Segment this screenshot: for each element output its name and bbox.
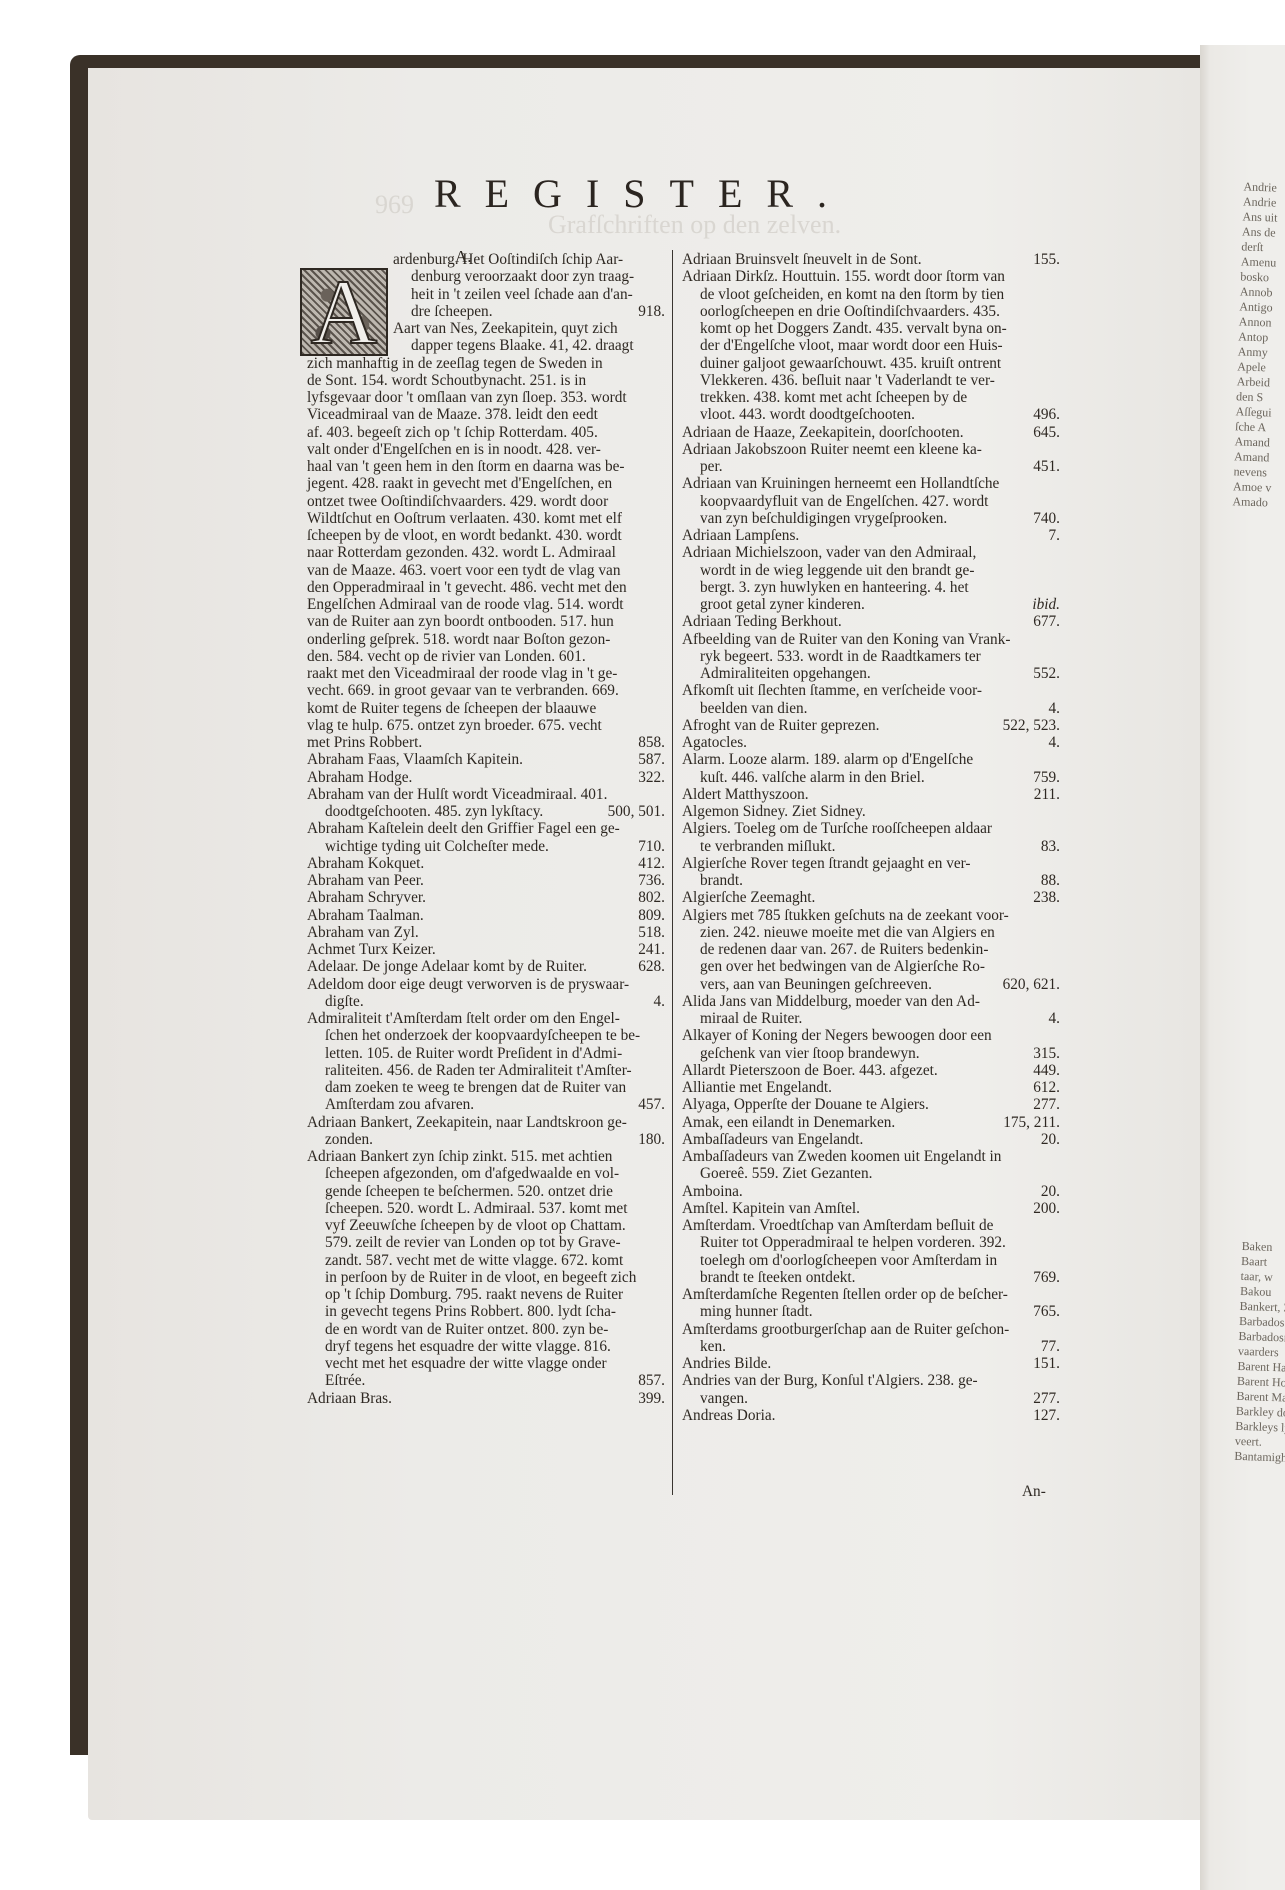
index-entry-line: per.451.: [682, 458, 1060, 475]
page-reference: 457.: [638, 1096, 665, 1113]
page-reference: 180.: [638, 1131, 665, 1148]
entry-text: valt onder d'Engelſchen en is in noodt. …: [307, 441, 601, 458]
entry-text: gen over het bedwingen van de Algierſche…: [700, 958, 985, 975]
page-reference: 451.: [1033, 458, 1060, 475]
entry-text: komt de Ruiter tegens de ſcheepen der bl…: [307, 700, 596, 717]
facing-page-line: Annob: [1240, 284, 1279, 300]
index-entry-line: brandt te ſteeken ontdekt.769.: [682, 1269, 1060, 1286]
entry-text: Agatocles.: [682, 734, 747, 751]
entry-text: ken.: [700, 1338, 726, 1355]
index-entry-heading-line: Aldert Matthyszoon.211.: [682, 786, 1060, 803]
page-reference: ibid.: [1032, 596, 1060, 613]
right-column: Adriaan Bruinsvelt ſneuvelt in de Sont.1…: [682, 251, 1060, 1424]
entry-text: Viceadmiraal van de Maaze. 378. leidt de…: [307, 406, 598, 423]
left-column: ardenburg. Het Ooſtindiſch ſchip Aar-den…: [307, 251, 665, 1407]
entry-text: Alida Jans van Middelburg, moeder van de…: [682, 993, 980, 1010]
entry-text: Afbeelding van de Ruiter van den Koning …: [682, 631, 1010, 648]
entry-text: Adriaan Teding Berkhout.: [682, 613, 842, 630]
index-entry-line: trekken. 438. komt met acht ſcheepen by …: [682, 389, 1060, 406]
page-reference: 645.: [1033, 424, 1060, 441]
page-reference: 449.: [1033, 1062, 1060, 1079]
entry-text: Vlekkeren. 436. beſluit naar 't Vaderlan…: [700, 372, 995, 389]
entry-text: Algemon Sidney. Ziet Sidney.: [682, 803, 866, 820]
index-entry-heading-line: Adelaar. De jonge Adelaar komt by de Rui…: [307, 958, 665, 975]
page-reference: 918.: [638, 303, 665, 320]
facing-page-line: Anmy: [1237, 344, 1276, 360]
entry-text: brandt.: [700, 872, 743, 889]
index-entry-heading-line: Admiraliteit t'Amſterdam ſtelt order om …: [307, 1010, 665, 1027]
entry-text: vecht. 669. in groot gevaar van te verbr…: [307, 682, 619, 699]
index-entry-line: zandt. 587. vecht met de witte vlagge. 6…: [307, 1252, 665, 1269]
facing-page-line: Antigo: [1239, 299, 1278, 315]
page-reference: 522, 523.: [1003, 717, 1060, 734]
entry-text: naar Rotterdam gezonden. 432. wordt L. A…: [307, 544, 616, 561]
index-entry-line: de vloot geſcheiden, en komt na den ſtor…: [682, 286, 1060, 303]
index-entry-heading-line: Alyaga, Opperſte der Douane te Algiers.2…: [682, 1096, 1060, 1113]
entry-text: raakt met den Viceadmiraal der roode vla…: [307, 665, 617, 682]
index-entry-line: ſchen het onderzoek der koopvaardyſcheep…: [307, 1027, 665, 1044]
facing-page-line: nevens: [1233, 464, 1272, 480]
entry-text: toelegh om d'oorlogſcheepen voor Amſterd…: [700, 1252, 997, 1269]
entry-text: Alliantie met Engelandt.: [682, 1079, 832, 1096]
index-entry-heading-line: Adriaan Dirkſz. Houttuin. 155. wordt doo…: [682, 268, 1060, 285]
entry-text: van de Maaze. 463. voert voor een tydt d…: [307, 562, 620, 579]
entry-text: Andries van der Burg, Konſul t'Algiers. …: [682, 1372, 978, 1389]
entry-text: Amſterdam zou afvaren.: [325, 1096, 474, 1113]
entry-text: Aldert Matthyszoon.: [682, 786, 809, 803]
page-reference: 765.: [1033, 1303, 1060, 1320]
index-entry-line: jegent. 428. raakt in gevecht met d'Enge…: [307, 475, 665, 492]
entry-text: vloot. 443. wordt doodtgeſchooten.: [700, 406, 915, 423]
index-entry-line: in gevecht tegens Prins Robbert. 800. ly…: [307, 1303, 665, 1320]
index-entry-line: van de Maaze. 463. voert voor een tydt d…: [307, 562, 665, 579]
index-entry-heading-line: Amſterdam. Vroedtſchap van Amſterdam beſ…: [682, 1217, 1060, 1234]
index-entry-line: de redenen daar van. 267. de Ruiters bed…: [682, 941, 1060, 958]
entry-text: gende ſcheepen te beſchermen. 520. ontze…: [325, 1183, 613, 1200]
page-reference: 518.: [638, 924, 665, 941]
index-entry-heading-line: Amſtel. Kapitein van Amſtel.200.: [682, 1200, 1060, 1217]
entry-text: de Sont. 154. wordt Schoutbynacht. 251. …: [307, 372, 586, 389]
entry-text: Adriaan Bruinsvelt ſneuvelt in de Sont.: [682, 251, 922, 268]
entry-text: Andreas Doria.: [682, 1407, 775, 1424]
index-entry-line: vloot. 443. wordt doodtgeſchooten.496.: [682, 406, 1060, 423]
entry-text: dapper tegens Blaake. 41, 42. draagt: [411, 337, 634, 354]
index-entry-line: toelegh om d'oorlogſcheepen voor Amſterd…: [682, 1252, 1060, 1269]
index-entry-line: van de Ruiter aan zyn boordt ontbooden. …: [307, 613, 665, 630]
index-entry-line: vangen.277.: [682, 1390, 1060, 1407]
index-entry-line: gende ſcheepen te beſchermen. 520. ontze…: [307, 1183, 665, 1200]
page-reference: 151.: [1033, 1355, 1060, 1372]
page-reference: 628.: [638, 958, 665, 975]
page-reference: 4.: [654, 993, 665, 1010]
entry-text: Engelſchen Admiraal van de roode vlag. 5…: [307, 596, 623, 613]
index-entry-heading-line: Afbeelding van de Ruiter van den Koning …: [682, 631, 1060, 648]
entry-text: in perſoon by de Ruiter in de vloot, en …: [325, 1269, 636, 1286]
page-reference: 277.: [1033, 1390, 1060, 1407]
facing-page-text-bottom: BakenBaarttaar, wBakouBankert, ZBarbados…: [1234, 1239, 1285, 1466]
entry-text: geſchenk van vier ſtoop brandewyn.: [700, 1045, 920, 1062]
index-entry-heading-line: Alliantie met Engelandt.612.: [682, 1079, 1060, 1096]
entry-text: ryk begeert. 533. wordt in de Raadtkamer…: [700, 648, 981, 665]
entry-text: den. 584. vecht op de rivier van Londen.…: [307, 648, 586, 665]
index-entry-heading-line: Amſterdamſche Regenten ſtellen order op …: [682, 1286, 1060, 1303]
page-reference: 322.: [638, 769, 665, 786]
entry-text: de en wordt van de Ruiter ontzet. 800. z…: [325, 1321, 608, 1338]
entry-text: Allardt Pieterszoon de Boer. 443. afgeze…: [682, 1062, 938, 1079]
index-entry-line: Vlekkeren. 436. beſluit naar 't Vaderlan…: [682, 372, 1060, 389]
page-reference: 20.: [1041, 1131, 1060, 1148]
page-reference: 587.: [638, 751, 665, 768]
index-entry-line: Goereê. 559. Ziet Gezanten.: [682, 1165, 1060, 1182]
index-entry-line: denburg veroorzaakt door zyn traag-: [307, 268, 665, 285]
page-reference: 315.: [1033, 1045, 1060, 1062]
entry-text: doodtgeſchooten. 485. zyn lykſtacy.: [325, 803, 543, 820]
facing-page-line: Annon: [1239, 314, 1278, 330]
index-entry-line: brandt.88.: [682, 872, 1060, 889]
entry-text: Afroght van de Ruiter geprezen.: [682, 717, 880, 734]
entry-text: komt op het Doggers Zandt. 435. vervalt …: [700, 320, 1007, 337]
entry-text: letten. 105. de Ruiter wordt Preſident i…: [325, 1045, 622, 1062]
index-entry-line: onderling geſprek. 518. wordt naar Boſto…: [307, 631, 665, 648]
index-entry-heading-line: Adriaan Bankert zyn ſchip zinkt. 515. me…: [307, 1148, 665, 1165]
entry-text: digſte.: [325, 993, 364, 1010]
entry-text: zandt. 587. vecht met de witte vlagge. 6…: [325, 1252, 623, 1269]
entry-text: Alyaga, Opperſte der Douane te Algiers.: [682, 1096, 929, 1113]
entry-text: Abraham Hodge.: [307, 769, 412, 786]
index-entry-heading-line: Alkayer of Koning der Negers bewoogen do…: [682, 1027, 1060, 1044]
index-entry-line: komt op het Doggers Zandt. 435. vervalt …: [682, 320, 1060, 337]
index-entry-heading-line: Algierſche Rover tegen ſtrandt gejaaght …: [682, 855, 1060, 872]
entry-text: zich manhaftig in de zeeſlag tegen de Sw…: [307, 355, 603, 372]
index-entry-line: ming hunner ſtadt.765.: [682, 1303, 1060, 1320]
entry-text: Ruiter tot Opperadmiraal te helpen vorde…: [700, 1234, 1006, 1251]
index-entry-line: vlag te hulp. 675. ontzet zyn broeder. 6…: [307, 717, 665, 734]
page-reference: 809.: [638, 907, 665, 924]
index-entry-line: wordt in de wieg leggende uit den brandt…: [682, 562, 1060, 579]
entry-text: Adriaan Bankert, Zeekapitein, naar Landt…: [307, 1114, 627, 1131]
page-reference: 7.: [1049, 527, 1060, 544]
entry-text: vecht met het esquadre der witte vlagge …: [325, 1355, 607, 1372]
entry-text: Amſterdams grootburgerſchap aan de Ruite…: [682, 1321, 1009, 1338]
entry-text: Adelaar. De jonge Adelaar komt by de Rui…: [307, 958, 587, 975]
index-entry-line: letten. 105. de Ruiter wordt Preſident i…: [307, 1045, 665, 1062]
entry-text: Adriaan van Kruiningen herneemt een Holl…: [682, 475, 999, 492]
entry-text: Adriaan Dirkſz. Houttuin. 155. wordt doo…: [682, 268, 1005, 285]
index-entry-line: de Sont. 154. wordt Schoutbynacht. 251. …: [307, 372, 665, 389]
index-entry-line: groot getal zyner kinderen.ibid.: [682, 596, 1060, 613]
index-entry-heading-line: Andries Bilde.151.: [682, 1355, 1060, 1372]
index-entry-heading-line: Amſterdams grootburgerſchap aan de Ruite…: [682, 1321, 1060, 1338]
entry-text: den Opperadmiraal in 't gevecht. 486. ve…: [307, 579, 627, 596]
index-entry-heading-line: Allardt Pieterszoon de Boer. 443. afgeze…: [682, 1062, 1060, 1079]
index-entry-line: ontzet twee Ooſtindiſchvaarders. 429. wo…: [307, 493, 665, 510]
entry-text: Admiraliteiten opgehangen.: [700, 665, 871, 682]
entry-text: Adriaan Bras.: [307, 1390, 392, 1407]
page-reference: 769.: [1033, 1269, 1060, 1286]
facing-page-line: ſche A: [1235, 419, 1274, 435]
index-entry-line: de en wordt van de Ruiter ontzet. 800. z…: [307, 1321, 665, 1338]
entry-text: denburg veroorzaakt door zyn traag-: [411, 268, 634, 285]
entry-text: Abraham van Peer.: [307, 872, 424, 889]
entry-text: Amſterdamſche Regenten ſtellen order op …: [682, 1286, 1008, 1303]
entry-text: de vloot geſcheiden, en komt na den ſtor…: [700, 286, 1004, 303]
entry-text: op 't ſchip Domburg. 795. raakt nevens d…: [325, 1286, 623, 1303]
page-reference: 500, 501.: [608, 803, 665, 820]
facing-page-line: den S: [1236, 389, 1275, 405]
index-entry-heading-line: Adriaan Michielszoon, vader van den Admi…: [682, 544, 1060, 561]
index-entry-line: haal van 't geen hem in den ſtorm en daa…: [307, 458, 665, 475]
index-entry-heading-line: Agatocles.4.: [682, 734, 1060, 751]
entry-text: ontzet twee Ooſtindiſchvaarders. 429. wo…: [307, 493, 608, 510]
facing-page-line: Apele: [1237, 359, 1276, 375]
index-entry-heading-line: Ambaſſadeurs van Zweden koomen uit Engel…: [682, 1148, 1060, 1165]
entry-text: Algierſche Zeemaght.: [682, 889, 815, 906]
index-entry-heading-line: Abraham van der Hulſt wordt Viceadmiraal…: [307, 786, 665, 803]
entry-text: Abraham van Zyl.: [307, 924, 419, 941]
index-entry-line: af. 403. begeeſt zich op 't ſchip Rotter…: [307, 424, 665, 441]
index-entry-heading-line: Algierſche Zeemaght.238.: [682, 889, 1060, 906]
entry-text: vlag te hulp. 675. ontzet zyn broeder. 6…: [307, 717, 602, 734]
index-entry-line: dapper tegens Blaake. 41, 42. draagt: [307, 337, 665, 354]
page-reference: 677.: [1033, 613, 1060, 630]
index-entry-line: naar Rotterdam gezonden. 432. wordt L. A…: [307, 544, 665, 561]
index-entry-heading-line: Abraham Kokquet.412.: [307, 855, 665, 872]
page-reference: 77.: [1041, 1338, 1060, 1355]
index-entry-line: ſcheepen by de vloot, en wordt bedankt. …: [307, 527, 665, 544]
index-entry-line: digſte.4.: [307, 993, 665, 1010]
index-entry-heading-line: Andreas Doria.127.: [682, 1407, 1060, 1424]
page-reference: 857.: [638, 1372, 665, 1389]
facing-page-line: Amand: [1234, 449, 1273, 465]
entry-text: af. 403. begeeſt zich op 't ſchip Rotter…: [307, 424, 598, 441]
index-entry-heading-line: Adriaan Bras.399.: [307, 1390, 665, 1407]
entry-text: brandt te ſteeken ontdekt.: [700, 1269, 855, 1286]
index-entry-line: koopvaardyfluit van de Engelſchen. 427. …: [682, 493, 1060, 510]
facing-page-line: Amand: [1234, 434, 1273, 450]
index-entry-line: raliteiten. 456. de Raden ter Admiralite…: [307, 1062, 665, 1079]
entry-text: Adeldom door eige deugt verworven is de …: [307, 976, 629, 993]
facing-page-line: Amenu: [1241, 254, 1280, 270]
page-reference: 858.: [638, 734, 665, 751]
index-entry-line: beelden van dien.4.: [682, 700, 1060, 717]
entry-text: ſcheepen afgezonden, om d'afgedwaalde en…: [325, 1165, 619, 1182]
page-reference: 802.: [638, 889, 665, 906]
page-reference: 612.: [1033, 1079, 1060, 1096]
entry-text: 579. zeilt de revier van Londen op tot b…: [325, 1234, 621, 1251]
index-entry-line: Engelſchen Admiraal van de roode vlag. 5…: [307, 596, 665, 613]
entry-text: Abraham van der Hulſt wordt Viceadmiraal…: [307, 786, 607, 803]
page-reference: 155.: [1033, 251, 1060, 268]
entry-text: Alkayer of Koning der Negers bewoogen do…: [682, 1027, 992, 1044]
entry-text: groot getal zyner kinderen.: [700, 596, 865, 613]
entry-text: Adriaan Lampſens.: [682, 527, 799, 544]
index-entry-line: doodtgeſchooten. 485. zyn lykſtacy.500, …: [307, 803, 665, 820]
entry-text: Afkomſt uit ſlechten ſtamme, en verſchei…: [682, 682, 982, 699]
entry-text: bergt. 3. zyn huwlyken en hanteering. 4.…: [700, 579, 969, 596]
page-reference: 241.: [638, 941, 665, 958]
entry-text: Achmet Turx Keizer.: [307, 941, 436, 958]
index-entry-line: miraal de Ruiter.4.: [682, 1010, 1060, 1027]
entry-text: vers, aan van Beuningen geſchreeven.: [700, 976, 932, 993]
entry-text: Abraham Kokquet.: [307, 855, 424, 872]
page-reference: 83.: [1041, 838, 1060, 855]
entry-text: der d'Engelſche vloot, maar wordt door e…: [700, 337, 1003, 354]
entry-text: duiner galjoot gewaarſchouwt. 435. kruiſ…: [700, 355, 1001, 372]
index-entry-line: vecht met het esquadre der witte vlagge …: [307, 1355, 665, 1372]
entry-text: in gevecht tegens Prins Robbert. 800. ly…: [325, 1303, 616, 1320]
facing-page-line: Amoe v: [1233, 479, 1272, 495]
index-entry-heading-line: Afroght van de Ruiter geprezen.522, 523.: [682, 717, 1060, 734]
index-entry-line: Viceadmiraal van de Maaze. 378. leidt de…: [307, 406, 665, 423]
index-entry-line: Eſtrée.857.: [307, 1372, 665, 1389]
index-entry-line: raakt met den Viceadmiraal der roode vla…: [307, 665, 665, 682]
index-entry-heading-line: Achmet Turx Keizer.241.: [307, 941, 665, 958]
entry-text: wordt in de wieg leggende uit den brandt…: [700, 562, 974, 579]
index-entry-heading-line: Adeldom door eige deugt verworven is de …: [307, 976, 665, 993]
index-entry-heading-line: Afkomſt uit ſlechten ſtamme, en verſchei…: [682, 682, 1060, 699]
page-reference: 740.: [1033, 510, 1060, 527]
index-entry-line: kuſt. 446. valſche alarm in den Briel.75…: [682, 769, 1060, 786]
entry-text: Abraham Schryver.: [307, 889, 426, 906]
entry-text: oorlogſcheepen en drie Ooſtindiſchvaarde…: [700, 303, 1000, 320]
index-entry-line: Amſterdam zou afvaren.457.: [307, 1096, 665, 1113]
index-entry-heading-line: Adriaan Jakobszoon Ruiter neemt een klee…: [682, 441, 1060, 458]
index-entry-line: van zyn beſchuldigingen vrygeſprooken.74…: [682, 510, 1060, 527]
entry-text: te verbranden miſlukt.: [700, 838, 836, 855]
index-entry-line: op 't ſchip Domburg. 795. raakt nevens d…: [307, 1286, 665, 1303]
entry-text: wichtige tyding uit Colcheſter mede.: [325, 838, 549, 855]
index-entry-line: vecht. 669. in groot gevaar van te verbr…: [307, 682, 665, 699]
facing-page-text-top: AndrieAndrieAns uitAns dederſtAmenubosko…: [1232, 179, 1282, 510]
index-entry-heading-line: Adriaan Bankert, Zeekapitein, naar Landt…: [307, 1114, 665, 1131]
index-entry-line: zich manhaftig in de zeeſlag tegen de Sw…: [307, 355, 665, 372]
entry-text: Ambaſſadeurs van Zweden koomen uit Engel…: [682, 1148, 1001, 1165]
entry-text: koopvaardyfluit van de Engelſchen. 427. …: [700, 493, 988, 510]
entry-text: Ambaſſadeurs van Engelandt.: [682, 1131, 863, 1148]
index-entry-heading-line: Adriaan van Kruiningen herneemt een Holl…: [682, 475, 1060, 492]
entry-text: per.: [700, 458, 723, 475]
index-entry-line: 579. zeilt de revier van Londen op tot b…: [307, 1234, 665, 1251]
index-entry-line: vers, aan van Beuningen geſchreeven.620,…: [682, 976, 1060, 993]
index-entry-heading-line: Ambaſſadeurs van Engelandt.20.: [682, 1131, 1060, 1148]
index-entry-line: Admiraliteiten opgehangen.552.: [682, 665, 1060, 682]
entry-text: Adriaan Jakobszoon Ruiter neemt een klee…: [682, 441, 982, 458]
page-reference: 736.: [638, 872, 665, 889]
entry-text: Abraham Taalman.: [307, 907, 424, 924]
facing-page-line: Ans de: [1242, 224, 1281, 240]
entry-text: Amſtel. Kapitein van Amſtel.: [682, 1200, 860, 1217]
entry-text: dryf tegens het esquadre der witte vlagg…: [325, 1338, 611, 1355]
entry-text: vangen.: [700, 1390, 748, 1407]
entry-text: haal van 't geen hem in den ſtorm en daa…: [307, 458, 625, 475]
entry-text: onderling geſprek. 518. wordt naar Boſto…: [307, 631, 610, 648]
page-reference: 175, 211.: [1003, 1114, 1060, 1131]
page-reference: 20.: [1041, 1183, 1060, 1200]
entry-text: raliteiten. 456. de Raden ter Admiralite…: [325, 1062, 632, 1079]
index-entry-line: Aart van Nes, Zeekapitein, quyt zich: [307, 320, 665, 337]
facing-page-line: Bantamighem: [1234, 1449, 1285, 1466]
page-reference: 710.: [638, 838, 665, 855]
index-entry-line: heit in 't zeilen veel ſchade aan d'an-: [307, 286, 665, 303]
entry-text: Amak, een eilandt in Denemarken.: [682, 1114, 895, 1131]
index-entry-line: wichtige tyding uit Colcheſter mede.710.: [307, 838, 665, 855]
index-entry-heading-line: Abraham Taalman.809.: [307, 907, 665, 924]
index-entry-heading-line: Adriaan Lampſens.7.: [682, 527, 1060, 544]
index-entry-line: ſcheepen afgezonden, om d'afgedwaalde en…: [307, 1165, 665, 1182]
index-entry-line: ryk begeert. 533. wordt in de Raadtkamer…: [682, 648, 1060, 665]
index-entry-line: zonden.180.: [307, 1131, 665, 1148]
entry-text: miraal de Ruiter.: [700, 1010, 802, 1027]
page-reference: 88.: [1041, 872, 1060, 889]
entry-text: Eſtrée.: [325, 1372, 365, 1389]
index-entry-heading-line: Abraham van Peer.736.: [307, 872, 665, 889]
entry-text: van zyn beſchuldigingen vrygeſprooken.: [700, 510, 947, 527]
page-reference: 620, 621.: [1003, 976, 1060, 993]
entry-text: dam zoeken te weeg te brengen dat de Rui…: [325, 1079, 626, 1096]
entry-text: Amboina.: [682, 1183, 743, 1200]
index-entry-line: Ruiter tot Opperadmiraal te helpen vorde…: [682, 1234, 1060, 1251]
entry-text: trekken. 438. komt met acht ſcheepen by …: [700, 389, 967, 406]
index-entry-line: te verbranden miſlukt.83.: [682, 838, 1060, 855]
entry-text: ſcheepen by de vloot, en wordt bedankt. …: [307, 527, 622, 544]
entry-text: Admiraliteit t'Amſterdam ſtelt order om …: [307, 1010, 620, 1027]
index-entry-heading-line: Abraham Hodge.322.: [307, 769, 665, 786]
facing-page-line: Antop: [1238, 329, 1277, 345]
facing-page-line: Arbeid: [1236, 374, 1275, 390]
page-reference: 759.: [1033, 769, 1060, 786]
index-entry-line: geſchenk van vier ſtoop brandewyn.315.: [682, 1045, 1060, 1062]
entry-text: Wildtſchut en Ooſtrum verlaaten. 430. ko…: [307, 510, 622, 527]
page-reference: 4.: [1049, 734, 1060, 751]
index-entry-line: valt onder d'Engelſchen en is in noodt. …: [307, 441, 665, 458]
index-entry-line: dam zoeken te weeg te brengen dat de Rui…: [307, 1079, 665, 1096]
page-reference: 496.: [1033, 406, 1060, 423]
index-entry-line: met Prins Robbert.858.: [307, 734, 665, 751]
index-entry-heading-line: Algiers met 785 ſtukken geſchuts na de z…: [682, 907, 1060, 924]
page-reference: 399.: [638, 1390, 665, 1407]
entry-text: vyf Zeeuwſche ſcheepen by de vloot op Ch…: [325, 1217, 626, 1234]
index-entry-line: den. 584. vecht op de rivier van Londen.…: [307, 648, 665, 665]
entry-text: de redenen daar van. 267. de Ruiters bed…: [700, 941, 988, 958]
entry-text: met Prins Robbert.: [307, 734, 422, 751]
index-entry-line: ken.77.: [682, 1338, 1060, 1355]
index-entry-heading-line: Alarm. Looze alarm. 189. alarm op d'Enge…: [682, 751, 1060, 768]
entry-text: heit in 't zeilen veel ſchade aan d'an-: [411, 286, 633, 303]
catchword: An-: [1022, 1483, 1046, 1501]
index-entry-heading-line: Algiers. Toeleg om de Turſche rooſſcheep…: [682, 820, 1060, 837]
entry-text: Algiers met 785 ſtukken geſchuts na de z…: [682, 907, 1009, 924]
entry-text: kuſt. 446. valſche alarm in den Briel.: [700, 769, 925, 786]
entry-text: Algiers. Toeleg om de Turſche rooſſcheep…: [682, 820, 992, 837]
index-entry-line: ſcheepen. 520. wordt L. Admiraal. 537. k…: [307, 1200, 665, 1217]
entry-text: Abraham Faas, Vlaamſch Kapitein.: [307, 751, 523, 768]
entry-text: jegent. 428. raakt in gevecht met d'Enge…: [307, 475, 612, 492]
index-entry-heading-line: Abraham Schryver.802.: [307, 889, 665, 906]
index-entry-line: bergt. 3. zyn huwlyken en hanteering. 4.…: [682, 579, 1060, 596]
page-reference: 4.: [1049, 1010, 1060, 1027]
entry-text: ſcheepen. 520. wordt L. Admiraal. 537. k…: [325, 1200, 627, 1217]
entry-text: Amſterdam. Vroedtſchap van Amſterdam beſ…: [682, 1217, 993, 1234]
entry-text: Adriaan de Haaze, Zeekapitein, doorſchoo…: [682, 424, 964, 441]
page-reference: 277.: [1033, 1096, 1060, 1113]
page-title: REGISTER.: [0, 170, 1285, 217]
index-entry-heading-line: Amak, een eilandt in Denemarken.175, 211…: [682, 1114, 1060, 1131]
entry-text: ardenburg. Het Ooſtindiſch ſchip Aar-: [393, 251, 623, 268]
entry-text: beelden van dien.: [700, 700, 807, 717]
facing-page-line: derſt: [1241, 239, 1280, 255]
index-entry-line: lyfsgevaar door 't omſlaan van zyn ſloep…: [307, 389, 665, 406]
entry-text: lyfsgevaar door 't omſlaan van zyn ſloep…: [307, 389, 627, 406]
